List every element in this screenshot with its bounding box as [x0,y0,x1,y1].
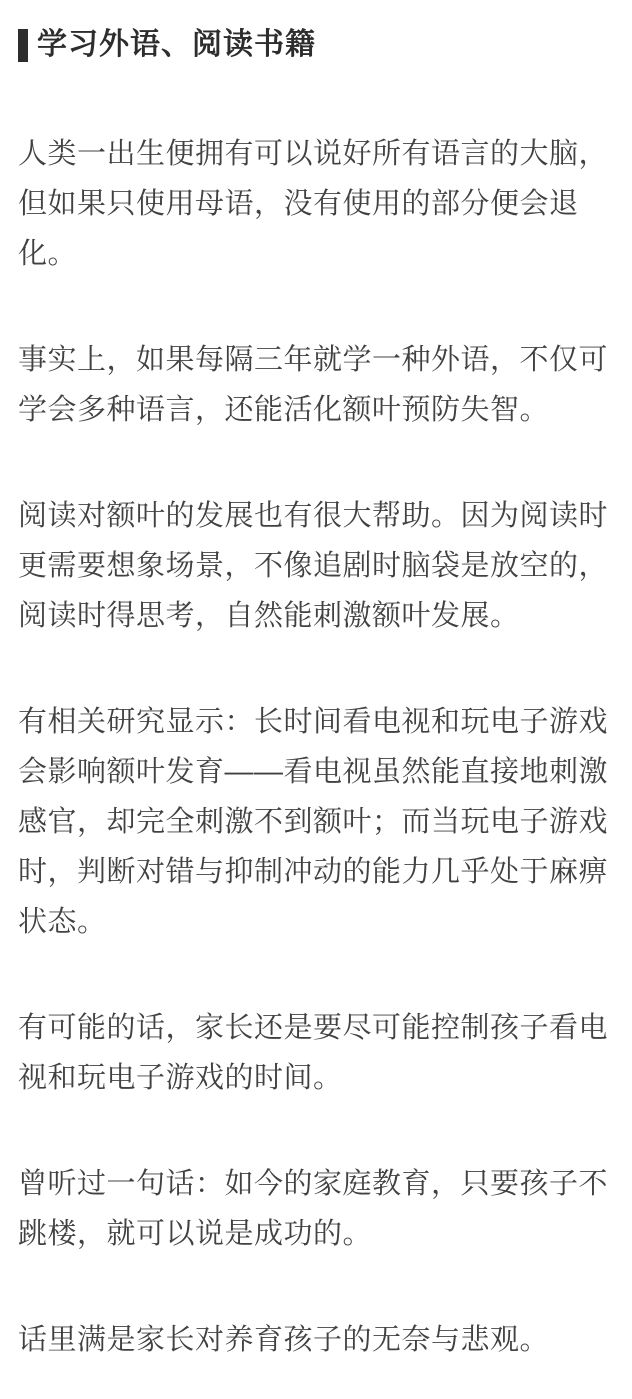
article-page: 学习外语、阅读书籍 人类一出生便拥有可以说好所有语言的大脑， 但如果只使用母语，… [0,0,632,1399]
section-heading: 学习外语、阅读书籍 [18,25,608,65]
heading-accent-bar [18,29,28,62]
paragraph-1: 人类一出生便拥有可以说好所有语言的大脑， 但如果只使用母语，没有使用的部分便会退… [18,129,608,279]
section-heading-text: 学习外语、阅读书籍 [37,25,316,65]
paragraph-2: 事实上，如果每隔三年就学一种外语，不仅可 学会多种语言，还能活化额叶预防失智。 [18,335,608,435]
paragraph-5: 有可能的话，家长还是要尽可能控制孩子看电 视和玩电子游戏的时间。 [18,1003,608,1103]
paragraph-3: 阅读对额叶的发展也有很大帮助。因为阅读时 更需要想象场景，不像追剧时脑袋是放空的… [18,491,608,641]
paragraph-4: 有相关研究显示：长时间看电视和玩电子游戏 会影响额叶发育——看电视虽然能直接地刺… [18,697,608,947]
paragraph-6: 曾听过一句话：如今的家庭教育，只要孩子不 跳楼，就可以说是成功的。 [18,1159,608,1259]
paragraph-7: 话里满是家长对养育孩子的无奈与悲观。 [18,1315,608,1365]
